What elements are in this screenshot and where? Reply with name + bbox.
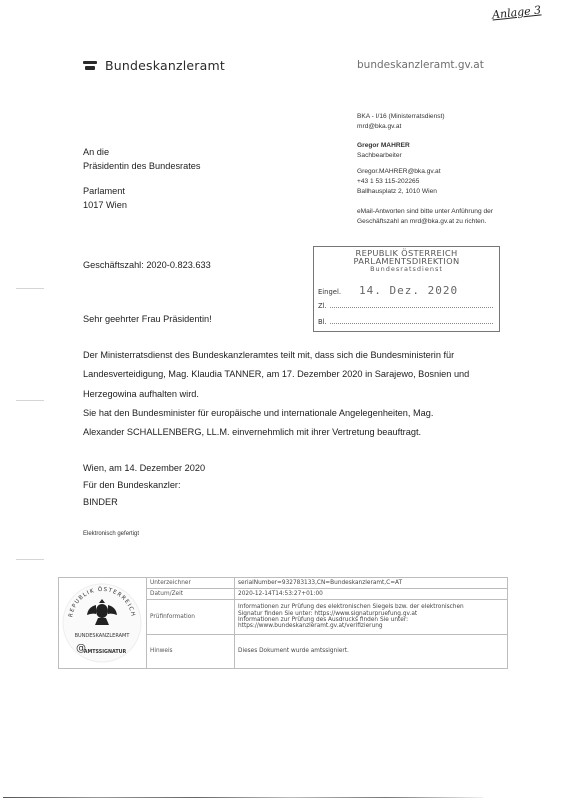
sender-department-email: mrd@bka.gv.at: [357, 122, 445, 132]
signature-table: REPUBLIK ÖSTERREICH BUNDESKANZLERAMT @ A…: [58, 577, 508, 669]
stamp-zl-row: Zl.: [318, 301, 493, 310]
logo-text: Bundeskanzleramt: [105, 58, 225, 73]
signer-label: Unterzeichner: [147, 578, 235, 589]
stamp-line-3: Bundesratsdienst: [314, 265, 499, 273]
place-date: Wien, am 14. Dezember 2020: [83, 460, 205, 477]
handwritten-annotation: Anlage 3: [491, 3, 541, 21]
recipient-line: An die: [83, 145, 200, 159]
stamp-bl-label: Bl.: [318, 318, 327, 326]
electronic-signature-note: Elektronisch gefertigt: [83, 531, 139, 537]
austrian-eagle-seal-icon: REPUBLIK ÖSTERREICH BUNDESKANZLERAMT @ A…: [62, 581, 142, 665]
recipient-address: An die Präsidentin des Bundesrates Parla…: [83, 145, 200, 212]
recipient-line: Parlament: [83, 184, 200, 198]
fold-mark: [16, 400, 44, 401]
official-seal: REPUBLIK ÖSTERREICH BUNDESKANZLERAMT @ A…: [59, 578, 147, 668]
svg-text:AMTSSIGNATUR: AMTSSIGNATUR: [84, 649, 127, 655]
recipient-line: 1017 Wien: [83, 198, 200, 212]
sender-department-block: BKA - I/16 (Ministerratsdienst) mrd@bka.…: [357, 112, 445, 132]
closing-block: Wien, am 14. Dezember 2020 Für den Bunde…: [83, 460, 205, 511]
signature-details-grid: Unterzeichner serialNumber=932783133,CN=…: [147, 578, 507, 668]
letterhead-logo: Bundeskanzleramt: [83, 58, 225, 73]
body-line: Alexander SCHALLENBERG, LL.M. einvernehm…: [83, 423, 533, 442]
received-stamp: REPUBLIK ÖSTERREICH PARLAMENTSDIREKTION …: [313, 246, 500, 332]
stamp-dotted-line: [330, 317, 493, 324]
sender-details-block: Gregor.MAHRER@bka.gv.at +43 1 53 115-202…: [357, 167, 441, 196]
sender-name: Gregor MAHRER: [357, 141, 410, 151]
sender-role: Sachbearbeiter: [357, 151, 410, 161]
sender-address: Ballhausplatz 2, 1010 Wien: [357, 187, 441, 197]
stamp-received-date: 14. Dez. 2020: [359, 284, 458, 297]
signer-value: serialNumber=932783133,CN=Bundeskanzlera…: [235, 578, 507, 589]
datetime-label: Datum/Zeit: [147, 589, 235, 600]
body-line: Der Ministerratsdienst des Bundeskanzler…: [83, 346, 533, 365]
note-value: Dieses Dokument wurde amtssigniert.: [235, 635, 507, 668]
sender-contact-block: Gregor MAHRER Sachbearbeiter: [357, 141, 410, 161]
salutation: Sehr geehrter Frau Präsidentin!: [83, 314, 212, 324]
on-behalf: Für den Bundeskanzler:: [83, 477, 205, 494]
verification-value: Informationen zur Prüfung des elektronis…: [235, 600, 507, 635]
note-label: Hinweis: [147, 635, 235, 668]
stamp-line-2: PARLAMENTSDIREKTION: [314, 257, 499, 265]
sender-email: Gregor.MAHRER@bka.gv.at: [357, 167, 441, 177]
reply-note-line: Geschäftszahl an mrd@bka.gv.at zu richte…: [357, 217, 493, 227]
reference-number: Geschäftszahl: 2020-0.823.633: [83, 260, 211, 270]
stamp-received-row: Eingel. 14. Dez. 2020: [318, 284, 493, 297]
svg-text:BUNDESKANZLERAMT: BUNDESKANZLERAMT: [75, 633, 131, 639]
verification-line: https://www.bundeskanzleramt.gv.at/verif…: [238, 623, 383, 629]
bundeskanzleramt-logo-icon: [83, 61, 97, 71]
stamp-received-label: Eingel.: [318, 288, 341, 296]
reply-note: eMail-Antworten sind bitte unter Anführu…: [357, 207, 493, 227]
datetime-value: 2020-12-14T14:53:27+01:00: [235, 589, 507, 600]
stamp-bl-row: Bl.: [318, 317, 493, 326]
stamp-zl-label: Zl.: [318, 302, 327, 310]
signatory: BINDER: [83, 494, 205, 511]
letter-body: Der Ministerratsdienst des Bundeskanzler…: [83, 346, 533, 442]
stamp-dotted-line: [330, 301, 493, 308]
sender-phone: +43 1 53 115-202265: [357, 177, 441, 187]
body-line: Sie hat den Bundesminister für europäisc…: [83, 404, 533, 423]
verification-label: Prüfinformation: [147, 600, 235, 635]
website-url: bundeskanzleramt.gv.at: [357, 59, 484, 71]
fold-mark: [16, 288, 44, 289]
recipient-line: Präsidentin des Bundesrates: [83, 159, 200, 173]
body-line: Herzegowina aufhalten wird.: [83, 385, 533, 404]
scan-edge-line: [3, 797, 483, 798]
sender-department: BKA - I/16 (Ministerratsdienst): [357, 112, 445, 122]
fold-mark: [16, 559, 44, 560]
body-line: Landesverteidigung, Mag. Klaudia TANNER,…: [83, 365, 533, 384]
reply-note-line: eMail-Antworten sind bitte unter Anführu…: [357, 207, 493, 217]
